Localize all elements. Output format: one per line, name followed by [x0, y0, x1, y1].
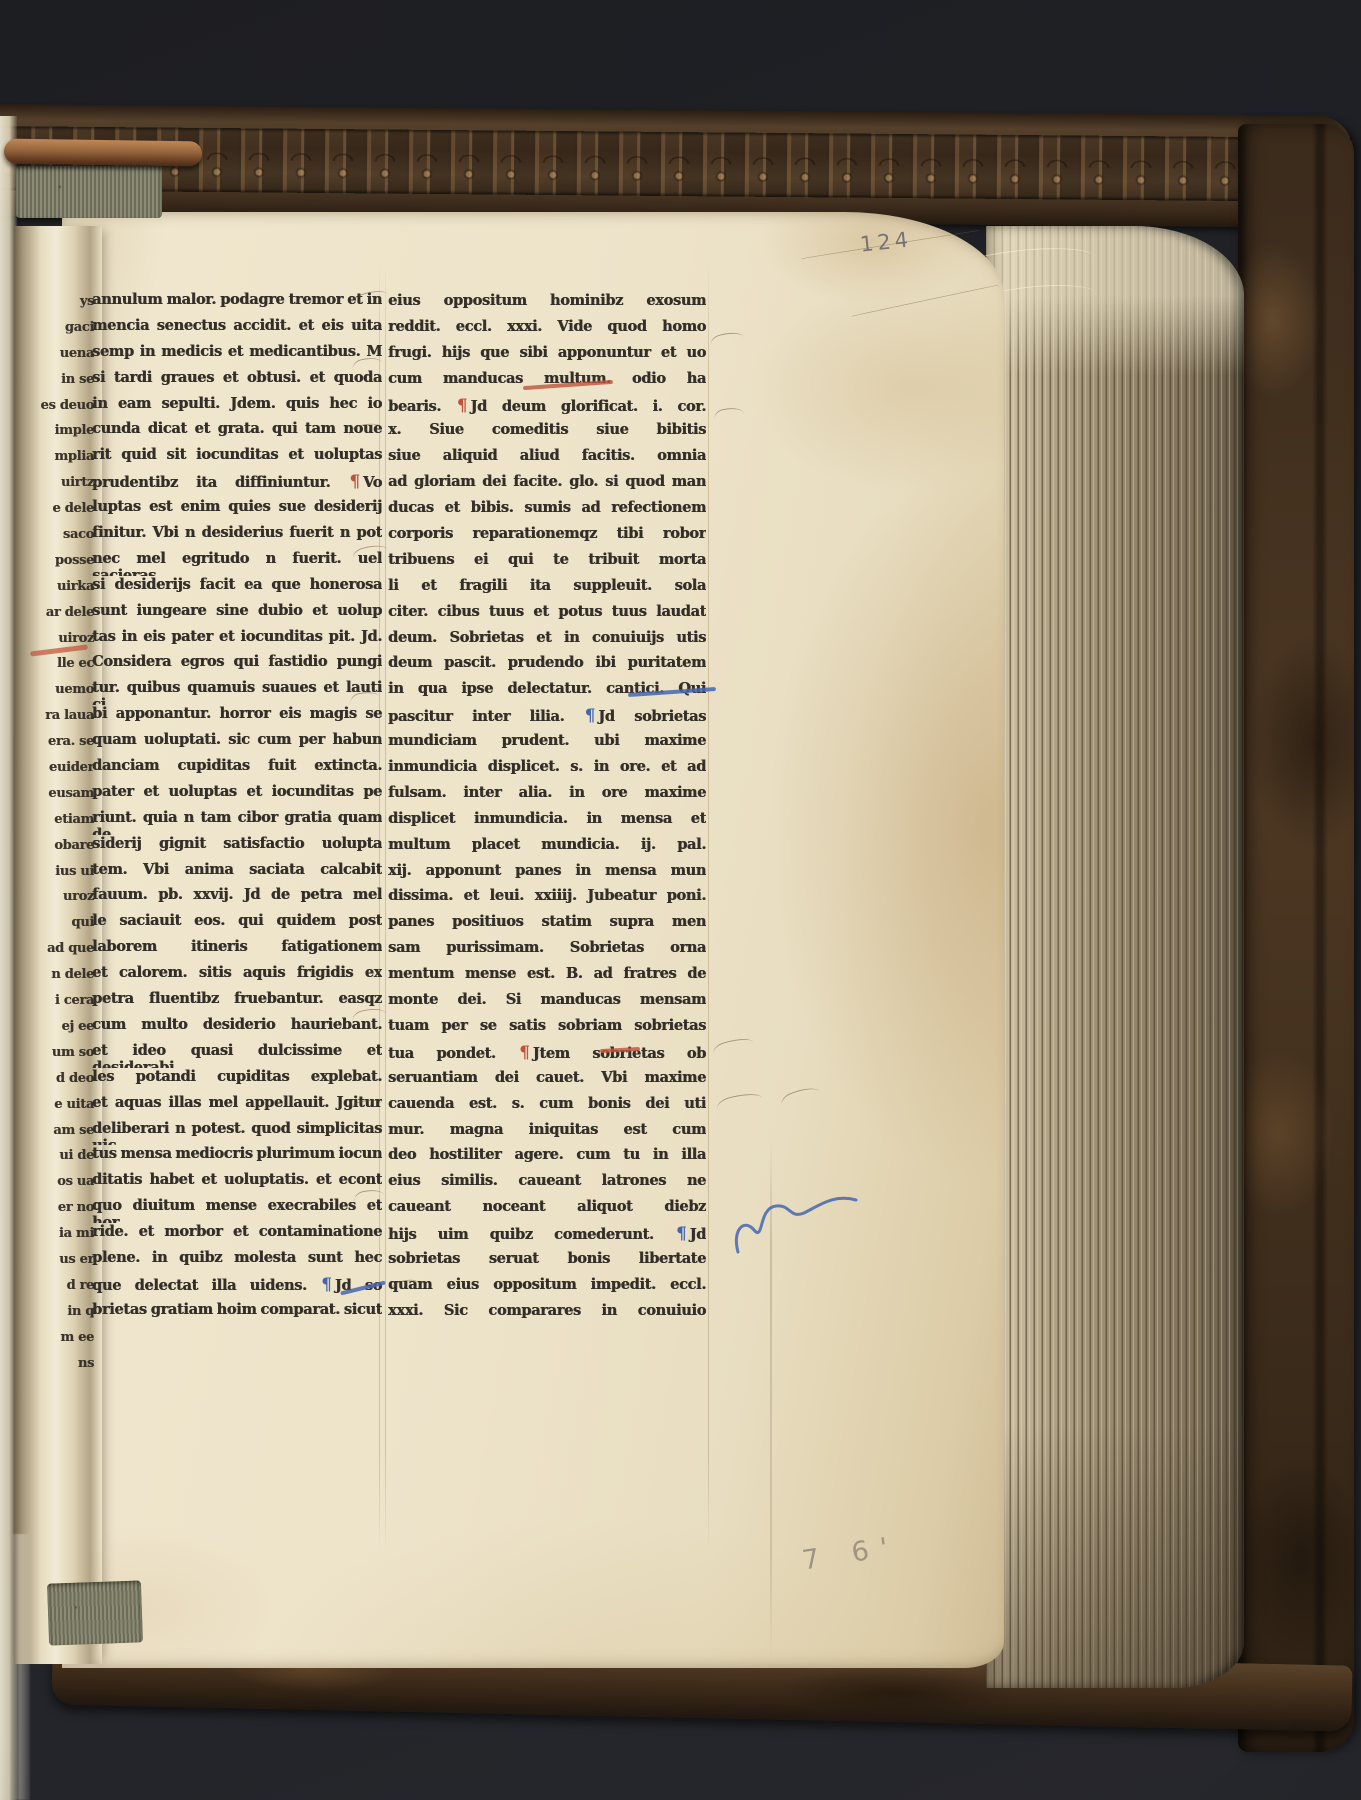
text-line: le saciauit eos. qui quidem post: [92, 912, 382, 938]
text-line: fauum. pb. xxvij. Jd de petra mel: [92, 886, 382, 912]
text-line: laborem itineris fatigationem: [92, 938, 382, 964]
text-line: les potandi cupiditas explebat.: [92, 1068, 382, 1094]
text-line: seruantiam dei cauet. Vbi maxime: [388, 1069, 706, 1095]
text-line: tur. quibus quamuis suaues et lauti ci: [92, 679, 382, 705]
text-column-1: annulum malor. podagre tremor et inmenci…: [92, 291, 382, 1327]
embossed-frieze-pattern: [0, 126, 1352, 202]
gutter-text-line: e dele: [18, 501, 94, 527]
text-line: ducas et bibis. sumis ad refectionem: [388, 499, 706, 525]
gutter-text-line: uirka: [18, 579, 94, 605]
text-line: sobrietas seruat bonis libertate: [388, 1250, 706, 1276]
text-line: pater et uoluptas et iocunditas pe: [92, 783, 382, 809]
paraph-mark-icon: ¶: [348, 472, 363, 492]
gutter-text-line: e uita: [18, 1097, 94, 1123]
text-line: finitur. Vbi n desiderius fuerit n pot: [92, 524, 382, 550]
gutter-text-line: es deuo: [18, 398, 94, 424]
text-line: dissima. et leui. xxiiij. Jubeatur poni.: [388, 887, 706, 913]
text-line: caueant noceant aliquot diebz: [388, 1198, 706, 1224]
gutter-text-line: in q: [18, 1304, 94, 1330]
paraph-mark-icon: ¶: [584, 706, 599, 726]
text-line: riunt. quia n tam cibor gratia quam de: [92, 809, 382, 835]
gutter-text-line: i cera: [18, 993, 94, 1019]
text-line: prudentibz ita diffiniuntur. ¶Vo: [92, 472, 382, 498]
text-line: quam eius oppositum impedit. eccl.: [388, 1276, 706, 1302]
text-line: plene. in quibz molesta sunt hec: [92, 1249, 382, 1275]
text-line: inmundicia displicet. s. in ore. et ad: [388, 758, 706, 784]
gutter-text-line: ns: [18, 1356, 94, 1382]
gutter-text-line: uena: [18, 346, 94, 372]
paraph-mark-icon: ¶: [518, 1043, 533, 1063]
text-line: siue aliquid aliud facitis. omnia: [388, 447, 706, 473]
text-line: si desiderijs facit ea que honerosa: [92, 576, 382, 602]
text-line: displicet inmundicia. in mensa et: [388, 810, 706, 836]
book-cover-right-board: [1238, 124, 1354, 1752]
text-line: sam purissimam. Sobrietas orna: [388, 939, 706, 965]
text-line: mundiciam prudent. ubi maxime: [388, 732, 706, 758]
text-line: xij. apponunt panes in mensa mun: [388, 862, 706, 888]
gutter-text-line: os ua: [18, 1174, 94, 1200]
gutter-text-line: mplia: [18, 449, 94, 475]
text-line: ride. et morbor et contaminatione: [92, 1223, 382, 1249]
gutter-text-line: posse: [18, 553, 94, 579]
text-line: in eam sepulti. Jdem. quis hec io: [92, 395, 382, 421]
spine-lining-textile-top: [16, 166, 162, 218]
text-line: bearis. ¶Jd deum glorificat. i. cor.: [388, 396, 706, 422]
gutter-text-line: eusam: [18, 786, 94, 812]
text-line: tuam per se satis sobriam sobrietas: [388, 1017, 706, 1043]
text-line: li et fragili ita suppleuit. sola: [388, 577, 706, 603]
text-line: cum multo desiderio hauriebant.: [92, 1016, 382, 1042]
paraph-mark-icon: ¶: [320, 1275, 335, 1295]
column-ruling-line: [708, 262, 709, 1552]
text-line: semp in medicis et medicantibus. M: [92, 343, 382, 369]
gutter-text-line: ra laua: [18, 708, 94, 734]
gutter-text-line: ar dele: [18, 605, 94, 631]
blue-margin-flourish: [728, 1182, 868, 1260]
text-line: deliberari n potest. quod simplicitas ui…: [92, 1120, 382, 1146]
text-line: et calorem. sitis aquis frigidis ex: [92, 964, 382, 990]
text-line: mur. magna iniquitas est cum: [388, 1121, 706, 1147]
gutter-text-line: obare: [18, 838, 94, 864]
text-line: petra fluentibz fruebantur. easqz: [92, 990, 382, 1016]
photograph: ysgaciuenain sees deuoimplempliauirtze d…: [0, 0, 1361, 1800]
text-line: que delectat illa uidens. ¶Jd so: [92, 1275, 382, 1301]
gutter-text-line: lle ec: [18, 656, 94, 682]
gutter-text-line: ia mi: [18, 1226, 94, 1252]
text-line: luptas est enim quies sue desiderij: [92, 498, 382, 524]
text-line: bi apponantur. horror eis magis se: [92, 705, 382, 731]
text-line: deum. Sobrietas et in conuiuijs utis: [388, 629, 706, 655]
text-line: ad gloriam dei facite. glo. si quod man: [388, 473, 706, 499]
gutter-text-line: saco: [18, 527, 94, 553]
text-line: quam uoluptati. sic cum per habun: [92, 731, 382, 757]
paraph-mark-icon: ¶: [456, 396, 471, 416]
text-line: brietas gratiam hoim comparat. sicut: [92, 1301, 382, 1327]
text-line: nec mel egritudo n fuerit. uel sacieras: [92, 550, 382, 576]
text-line: cunda dicat et grata. qui tam noue: [92, 420, 382, 446]
gutter-text-line: etiam: [18, 812, 94, 838]
gutter-text-line: ys: [18, 294, 94, 320]
text-line: frugi. hijs que sibi apponuntur et uo: [388, 344, 706, 370]
gutter-text-fragments: ysgaciuenain sees deuoimplempliauirtze d…: [18, 294, 94, 1381]
gutter-text-line: us er: [18, 1252, 94, 1278]
text-line: mencia senectus accidit. et eis uita: [92, 317, 382, 343]
gutter-text-line: qui: [18, 915, 94, 941]
gutter-text-line: er no: [18, 1200, 94, 1226]
text-line: rit quid sit iocunditas et uoluptas: [92, 446, 382, 472]
gutter-text-line: uemo: [18, 682, 94, 708]
text-line: et aquas illas mel appellauit. Jgitur: [92, 1094, 382, 1120]
gutter-text-line: um so: [18, 1045, 94, 1071]
gutter-left-page-edge: ysgaciuenain sees deuoimplempliauirtze d…: [14, 226, 102, 1664]
text-line: tas in eis pater et iocunditas pit. Jd.: [92, 628, 382, 654]
gutter-text-line: d deo: [18, 1071, 94, 1097]
text-line: xxxi. Sic comparares in conuiuio: [388, 1302, 706, 1328]
text-line: eius similis. caueant latrones ne: [388, 1172, 706, 1198]
gutter-text-line: ad que: [18, 941, 94, 967]
gutter-text-line: imple: [18, 423, 94, 449]
column-ruling-line: [385, 262, 386, 1552]
gutter-text-line: n dele: [18, 967, 94, 993]
text-line: cum manducas multum. odio ha: [388, 370, 706, 396]
text-line: annulum malor. podagre tremor et in: [92, 291, 382, 317]
text-line: danciam cupiditas fuit extincta.: [92, 757, 382, 783]
text-column-2: eius oppositum hominibz exosumreddit. ec…: [388, 292, 706, 1328]
text-line: citer. cibus tuus et potus tuus laudat: [388, 603, 706, 629]
paraph-mark-icon: ¶: [675, 1224, 690, 1244]
text-line: tus mensa mediocris plurimum iocun: [92, 1145, 382, 1171]
gutter-text-line: in se: [18, 372, 94, 398]
text-line: siderij gignit satisfactio uolupta: [92, 835, 382, 861]
gutter-text-line: gaci: [18, 320, 94, 346]
gutter-text-line: ej ee: [18, 1019, 94, 1045]
text-line: fulsam. inter alia. in ore maxime: [388, 784, 706, 810]
text-line: deo hostiliter agere. cum tu in illa: [388, 1146, 706, 1172]
text-line: mentum mense est. B. ad fratres de: [388, 965, 706, 991]
gutter-text-line: m ee: [18, 1330, 94, 1356]
text-line: tua pondet. ¶Jtem sobrietas ob: [388, 1043, 706, 1069]
text-line: si tardi graues et obtusi. et quoda: [92, 369, 382, 395]
book-cover-top-edge: [0, 104, 1352, 228]
gutter-text-line: era. se: [18, 734, 94, 760]
text-line: tribuens ei qui te tribuit morta: [388, 551, 706, 577]
spine-support-rod: [4, 139, 202, 167]
text-line: pascitur inter lilia. ¶Jd sobrietas: [388, 706, 706, 732]
text-line: reddit. eccl. xxxi. Vide quod homo: [388, 318, 706, 344]
fore-edge-pages: [986, 226, 1244, 1688]
text-line: panes positiuos statim supra men: [388, 913, 706, 939]
text-line: sunt iungeare sine dubio et uolup: [92, 602, 382, 628]
text-line: corporis reparationemqz tibi robor: [388, 525, 706, 551]
gutter-text-line: uirtz: [18, 475, 94, 501]
gutter-text-line: uroz: [18, 889, 94, 915]
gutter-text-line: ui de: [18, 1148, 94, 1174]
text-line: ditatis habet et uoluptatis. et econt: [92, 1171, 382, 1197]
spine-lining-textile-bottom: [47, 1580, 143, 1645]
gutter-text-line: am se: [18, 1123, 94, 1149]
text-line: Considera egros qui fastidio pungi: [92, 653, 382, 679]
text-line: x. Siue comeditis siue bibitis: [388, 421, 706, 447]
text-line: eius oppositum hominibz exosum: [388, 292, 706, 318]
text-line: tem. Vbi anima saciata calcabit: [92, 861, 382, 887]
text-line: quo diuitum mense execrabiles et hor: [92, 1197, 382, 1223]
gutter-text-line: ius ui: [18, 864, 94, 890]
cradle-strap: [12, 1534, 30, 1800]
gutter-text-line: d re: [18, 1278, 94, 1304]
text-line: cauenda est. s. cum bonis dei uti: [388, 1095, 706, 1121]
text-line: monte dei. Si manducas mensam: [388, 991, 706, 1017]
text-line: et ideo quasi dulcissime et desiderabi: [92, 1042, 382, 1068]
text-line: hijs uim quibz comederunt. ¶Jd: [388, 1224, 706, 1250]
text-line: deum pascit. prudendo ibi puritatem: [388, 654, 706, 680]
gutter-text-line: euider: [18, 760, 94, 786]
text-line: multum placet mundicia. ij. pal.: [388, 836, 706, 862]
